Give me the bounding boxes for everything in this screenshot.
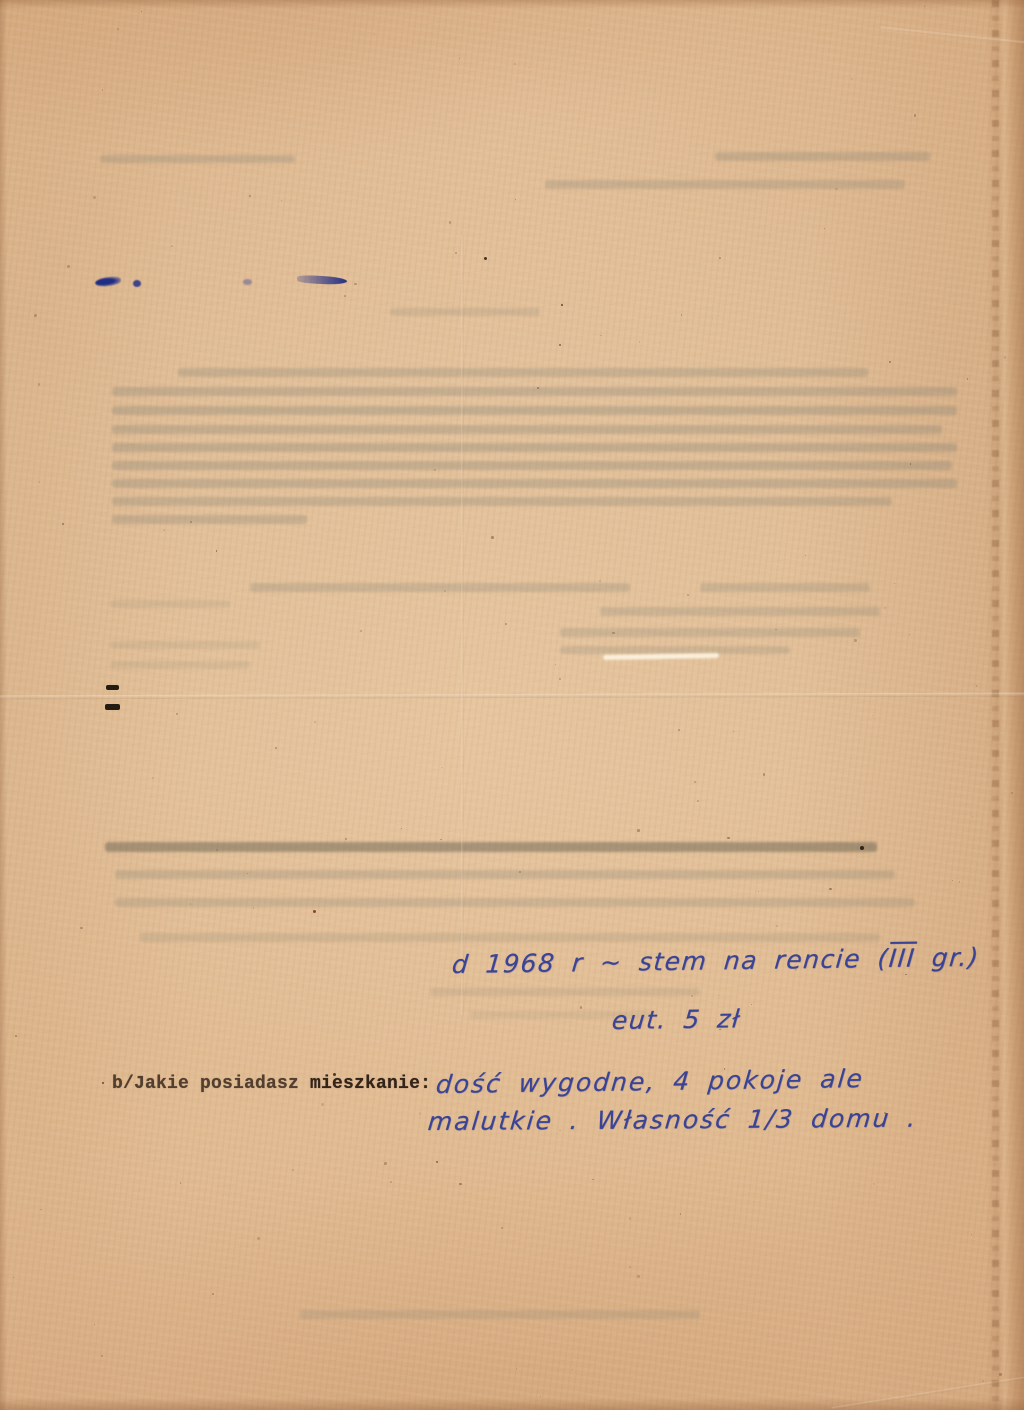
dust-speck bbox=[588, 29, 590, 31]
document-scan: d 1968 r ~ stem na rencie (III gr.) eut.… bbox=[0, 0, 1024, 1410]
dust-speck bbox=[171, 245, 173, 247]
dust-speck bbox=[637, 829, 640, 832]
dust-speck bbox=[180, 1182, 182, 1184]
dust-speck bbox=[687, 594, 689, 596]
dust-speck bbox=[592, 1179, 594, 1181]
bleed-through-line bbox=[390, 308, 540, 316]
dust-speck bbox=[62, 523, 63, 524]
dust-speck bbox=[384, 1162, 387, 1165]
bleed-through-line bbox=[100, 155, 295, 163]
white-scratch-mark bbox=[603, 653, 719, 660]
bleed-through-line bbox=[300, 1310, 700, 1319]
dust-speck bbox=[39, 481, 40, 482]
dust-speck bbox=[419, 1112, 421, 1114]
bleed-through-line bbox=[112, 443, 957, 452]
typed-question-prefix: b/Jakie posiadasz bbox=[112, 1074, 310, 1094]
bleed-through-line bbox=[600, 607, 880, 616]
handwritten-note-line-2: eut. 5 zł bbox=[611, 1004, 742, 1035]
dust-speck bbox=[976, 685, 977, 686]
dust-speck bbox=[440, 839, 442, 841]
dust-speck bbox=[691, 995, 693, 997]
dust-speck bbox=[93, 196, 96, 199]
handwritten-answer-line-2: malutkie . Własność 1/3 domu . bbox=[427, 1104, 919, 1136]
dust-speck bbox=[580, 1006, 583, 1009]
dust-speck bbox=[434, 469, 435, 470]
dust-speck bbox=[889, 361, 891, 363]
dust-speck bbox=[952, 880, 954, 882]
typed-dash-mark bbox=[106, 685, 119, 690]
dust-speck bbox=[345, 838, 347, 840]
dust-speck bbox=[829, 888, 832, 891]
dust-speck bbox=[102, 89, 103, 90]
dust-speck bbox=[719, 257, 721, 259]
dust-speck bbox=[835, 188, 838, 191]
dust-speck bbox=[459, 1183, 461, 1185]
fold-crease-vertical bbox=[461, 235, 464, 1015]
dust-speck bbox=[805, 555, 806, 556]
paper-grain-texture bbox=[0, 0, 1024, 1410]
paper-edge-top bbox=[0, 0, 1024, 9]
dust-speck bbox=[275, 747, 277, 749]
dust-speck bbox=[117, 28, 119, 30]
bleed-through-line bbox=[178, 368, 868, 377]
dust-speck bbox=[101, 1355, 103, 1357]
ink-dot-faint-mark bbox=[243, 279, 252, 285]
dust-speck bbox=[321, 1103, 324, 1106]
dust-speck bbox=[354, 283, 356, 285]
dust-speck bbox=[776, 925, 779, 928]
dust-speck bbox=[515, 199, 516, 200]
ink-dot-mark bbox=[133, 280, 141, 287]
dust-speck bbox=[971, 1234, 973, 1236]
bleed-through-line bbox=[112, 515, 307, 524]
dust-speck bbox=[909, 634, 910, 635]
dust-speck bbox=[314, 721, 316, 723]
dust-speck bbox=[959, 881, 961, 883]
dust-speck bbox=[501, 1227, 503, 1229]
dust-speck bbox=[639, 341, 641, 343]
dust-speck bbox=[13, 1277, 14, 1278]
dust-speck bbox=[491, 536, 493, 538]
bleed-through-line bbox=[105, 842, 877, 852]
dust-speck bbox=[253, 907, 254, 908]
dust-speck bbox=[905, 974, 907, 976]
dust-speck bbox=[34, 314, 37, 317]
dust-speck bbox=[374, 34, 375, 35]
dust-speck bbox=[38, 383, 40, 385]
dust-speck bbox=[681, 314, 682, 315]
bleed-through-line bbox=[545, 180, 905, 189]
dust-speck bbox=[559, 678, 561, 680]
dust-speck bbox=[292, 1169, 294, 1171]
bleed-through-line bbox=[430, 988, 700, 996]
dust-speck bbox=[914, 114, 916, 116]
dust-speck bbox=[678, 729, 680, 731]
bleed-through-line bbox=[560, 628, 860, 637]
dust-speck bbox=[751, 1004, 752, 1005]
dust-speck bbox=[694, 781, 696, 783]
dust-speck bbox=[80, 927, 82, 929]
dust-speck bbox=[15, 1035, 17, 1037]
dust-speck bbox=[572, 1369, 573, 1370]
dust-speck bbox=[281, 200, 282, 201]
dust-speck bbox=[528, 67, 529, 68]
dust-speck bbox=[216, 849, 218, 851]
dirt-speck bbox=[561, 304, 563, 306]
dust-speck bbox=[459, 58, 460, 59]
dust-speck bbox=[505, 623, 507, 625]
dust-speck bbox=[441, 767, 442, 768]
dust-speck bbox=[176, 713, 178, 715]
typed-dash-mark bbox=[105, 704, 120, 710]
dirt-speck bbox=[860, 846, 864, 850]
dust-speck bbox=[680, 1213, 682, 1215]
dust-speck bbox=[697, 800, 700, 803]
dirt-speck bbox=[436, 1161, 438, 1163]
bleed-through-line bbox=[110, 600, 230, 608]
note-line1-suffix: gr.) bbox=[914, 943, 981, 973]
dust-speck bbox=[257, 1237, 259, 1239]
dust-speck bbox=[851, 78, 853, 80]
dust-speck bbox=[727, 837, 730, 840]
bleed-through-line bbox=[115, 898, 915, 907]
bleed-through-line bbox=[250, 583, 630, 592]
note-line1-roman-numeral: III bbox=[888, 944, 917, 973]
bleed-through-line bbox=[110, 661, 250, 669]
dirt-speck bbox=[559, 344, 561, 346]
dust-speck bbox=[712, 318, 714, 320]
dust-speck bbox=[600, 335, 602, 337]
handwritten-note-line-1: d 1968 r ~ stem na rencie (III gr.) bbox=[451, 943, 981, 979]
dust-speck bbox=[360, 630, 363, 633]
dust-speck bbox=[763, 773, 765, 775]
typed-question-emphasis: mieszkanie: bbox=[310, 1074, 431, 1094]
fold-crease-horizontal bbox=[0, 693, 1024, 700]
dust-speck bbox=[141, 11, 142, 12]
dust-speck bbox=[629, 1266, 631, 1268]
dust-speck bbox=[932, 332, 933, 333]
dust-speck bbox=[216, 550, 218, 552]
dust-speck bbox=[873, 1183, 875, 1185]
dust-speck bbox=[718, 995, 719, 996]
bleed-through-line bbox=[112, 497, 892, 506]
dirt-speck bbox=[484, 257, 487, 260]
dust-speck bbox=[249, 195, 251, 197]
dirt-speck bbox=[313, 910, 316, 913]
bleed-through-line bbox=[700, 583, 870, 592]
dust-speck bbox=[599, 580, 601, 582]
dust-speck bbox=[884, 607, 886, 609]
dust-speck bbox=[972, 816, 973, 817]
dust-speck bbox=[449, 221, 452, 224]
dust-speck bbox=[67, 265, 69, 267]
dust-speck bbox=[212, 1293, 214, 1295]
dust-speck bbox=[516, 1368, 517, 1369]
dust-speck bbox=[629, 1217, 631, 1219]
dust-speck bbox=[555, 664, 556, 665]
dust-speck bbox=[733, 731, 735, 733]
dust-speck bbox=[401, 828, 402, 829]
typed-question-label: b/Jakie posiadasz mieszkanie: bbox=[112, 1074, 431, 1094]
dust-speck bbox=[152, 777, 154, 779]
dust-speck bbox=[519, 871, 521, 873]
bleed-through-line bbox=[140, 933, 880, 942]
bleed-through-line bbox=[112, 387, 957, 396]
dust-speck bbox=[824, 228, 825, 229]
bleed-through-line bbox=[112, 479, 957, 488]
bleed-through-line bbox=[715, 152, 930, 161]
bleed-through-line bbox=[112, 461, 952, 470]
dirt-speck bbox=[102, 1082, 104, 1084]
note-line1-text: d 1968 r ~ stem na rencie ( bbox=[451, 944, 891, 979]
paper-deckle-texture bbox=[992, 0, 999, 1410]
dust-speck bbox=[40, 1209, 42, 1211]
ink-blot-mark bbox=[95, 276, 122, 288]
bleed-through-line bbox=[112, 425, 942, 434]
dust-speck bbox=[514, 63, 516, 65]
bleed-through-line bbox=[115, 870, 895, 879]
pen-stroke-mark bbox=[297, 275, 347, 286]
dust-speck bbox=[455, 252, 457, 254]
bleed-through-line bbox=[110, 641, 260, 649]
dust-speck bbox=[872, 715, 873, 716]
dust-speck bbox=[390, 1181, 392, 1183]
dust-speck bbox=[894, 583, 896, 585]
dust-speck bbox=[758, 891, 759, 892]
dust-speck bbox=[94, 1324, 96, 1326]
dust-speck bbox=[854, 639, 857, 642]
dust-speck bbox=[910, 1083, 911, 1084]
dust-speck bbox=[344, 295, 346, 297]
dust-speck bbox=[163, 529, 165, 531]
dust-speck bbox=[967, 378, 969, 380]
dust-speck bbox=[637, 1275, 640, 1278]
paper-edge-left bbox=[0, 0, 7, 1410]
handwritten-answer-line-1: dość wygodne, 4 pokoje ale bbox=[435, 1064, 866, 1099]
bleed-through-line bbox=[112, 406, 957, 415]
